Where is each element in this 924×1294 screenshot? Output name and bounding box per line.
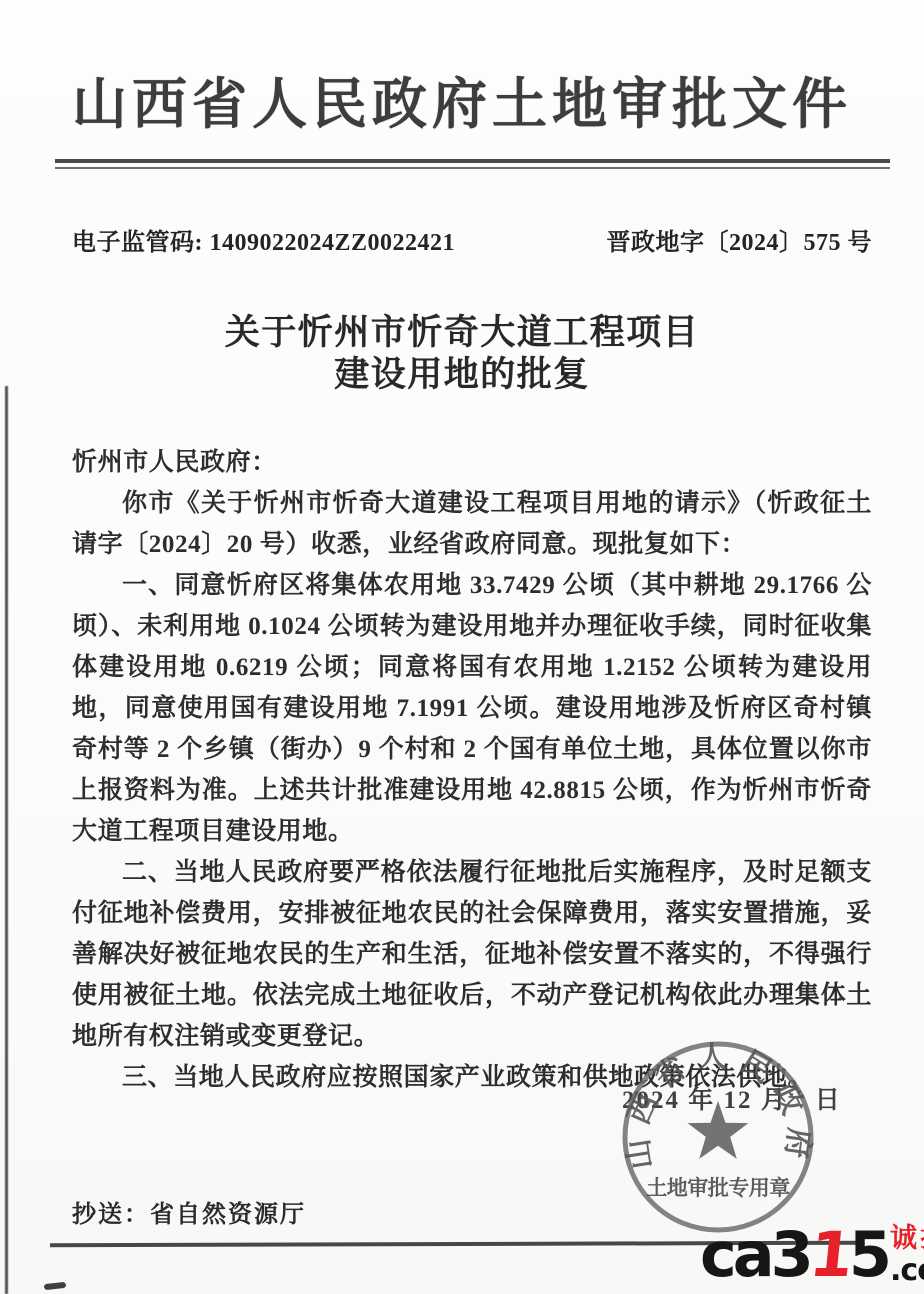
official-seal: 山西省人民政府 土地审批专用章	[617, 1036, 819, 1238]
logo-text-5: 5	[849, 1224, 888, 1286]
star-icon	[688, 1101, 749, 1159]
cc-line: 抄送：省自然资源厅	[72, 1194, 306, 1229]
seal-bottom-text: 土地审批专用章	[646, 1176, 790, 1200]
scan-edge-shadow	[5, 386, 8, 1294]
document-title-line2: 建设用地的批复	[0, 354, 924, 396]
document-title-line1: 关于忻州市忻奇大道工程项目	[0, 312, 924, 354]
logo-text-ca3: ca3	[700, 1224, 810, 1286]
logo-text-dotcom: .com	[890, 1256, 924, 1286]
body-paragraph: 二、当地人民政府要严格依法履行征地批后实施程序，及时足额支付征地补偿费用，安排被…	[72, 852, 872, 1057]
document-body: 忻州市人民政府： 你市《关于忻州市忻奇大道建设工程项目用地的请示》（忻政征土请字…	[72, 442, 872, 1098]
body-paragraph: 你市《关于忻州市忻奇大道建设工程项目用地的请示》（忻政征土请字〔2024〕20 …	[72, 483, 872, 565]
supervision-code: 电子监管码: 1409022024ZZ0022421	[72, 222, 455, 257]
scanned-document-page: 山西省人民政府土地审批文件 电子监管码: 1409022024ZZ0022421…	[0, 0, 924, 1294]
body-paragraph: 一、同意忻府区将集体农用地 33.7429 公顷（其中耕地 29.1766 公顷…	[72, 565, 872, 852]
header-divider	[55, 159, 890, 169]
scan-corner-smudge	[44, 1282, 67, 1290]
logo-tag-chinese: 诚搜	[890, 1225, 924, 1252]
document-banner-title: 山西省人民政府土地审批文件	[0, 60, 924, 139]
logo-text-1: 1	[806, 1224, 852, 1286]
watermark-logo: ca315 诚搜 .com	[700, 1224, 924, 1286]
document-title: 关于忻州市忻奇大道工程项目 建设用地的批复	[0, 312, 924, 396]
meta-row: 电子监管码: 1409022024ZZ0022421 晋政地字〔2024〕575…	[72, 222, 872, 257]
document-number: 晋政地字〔2024〕575 号	[607, 222, 873, 257]
salutation: 忻州市人民政府：	[72, 442, 872, 483]
